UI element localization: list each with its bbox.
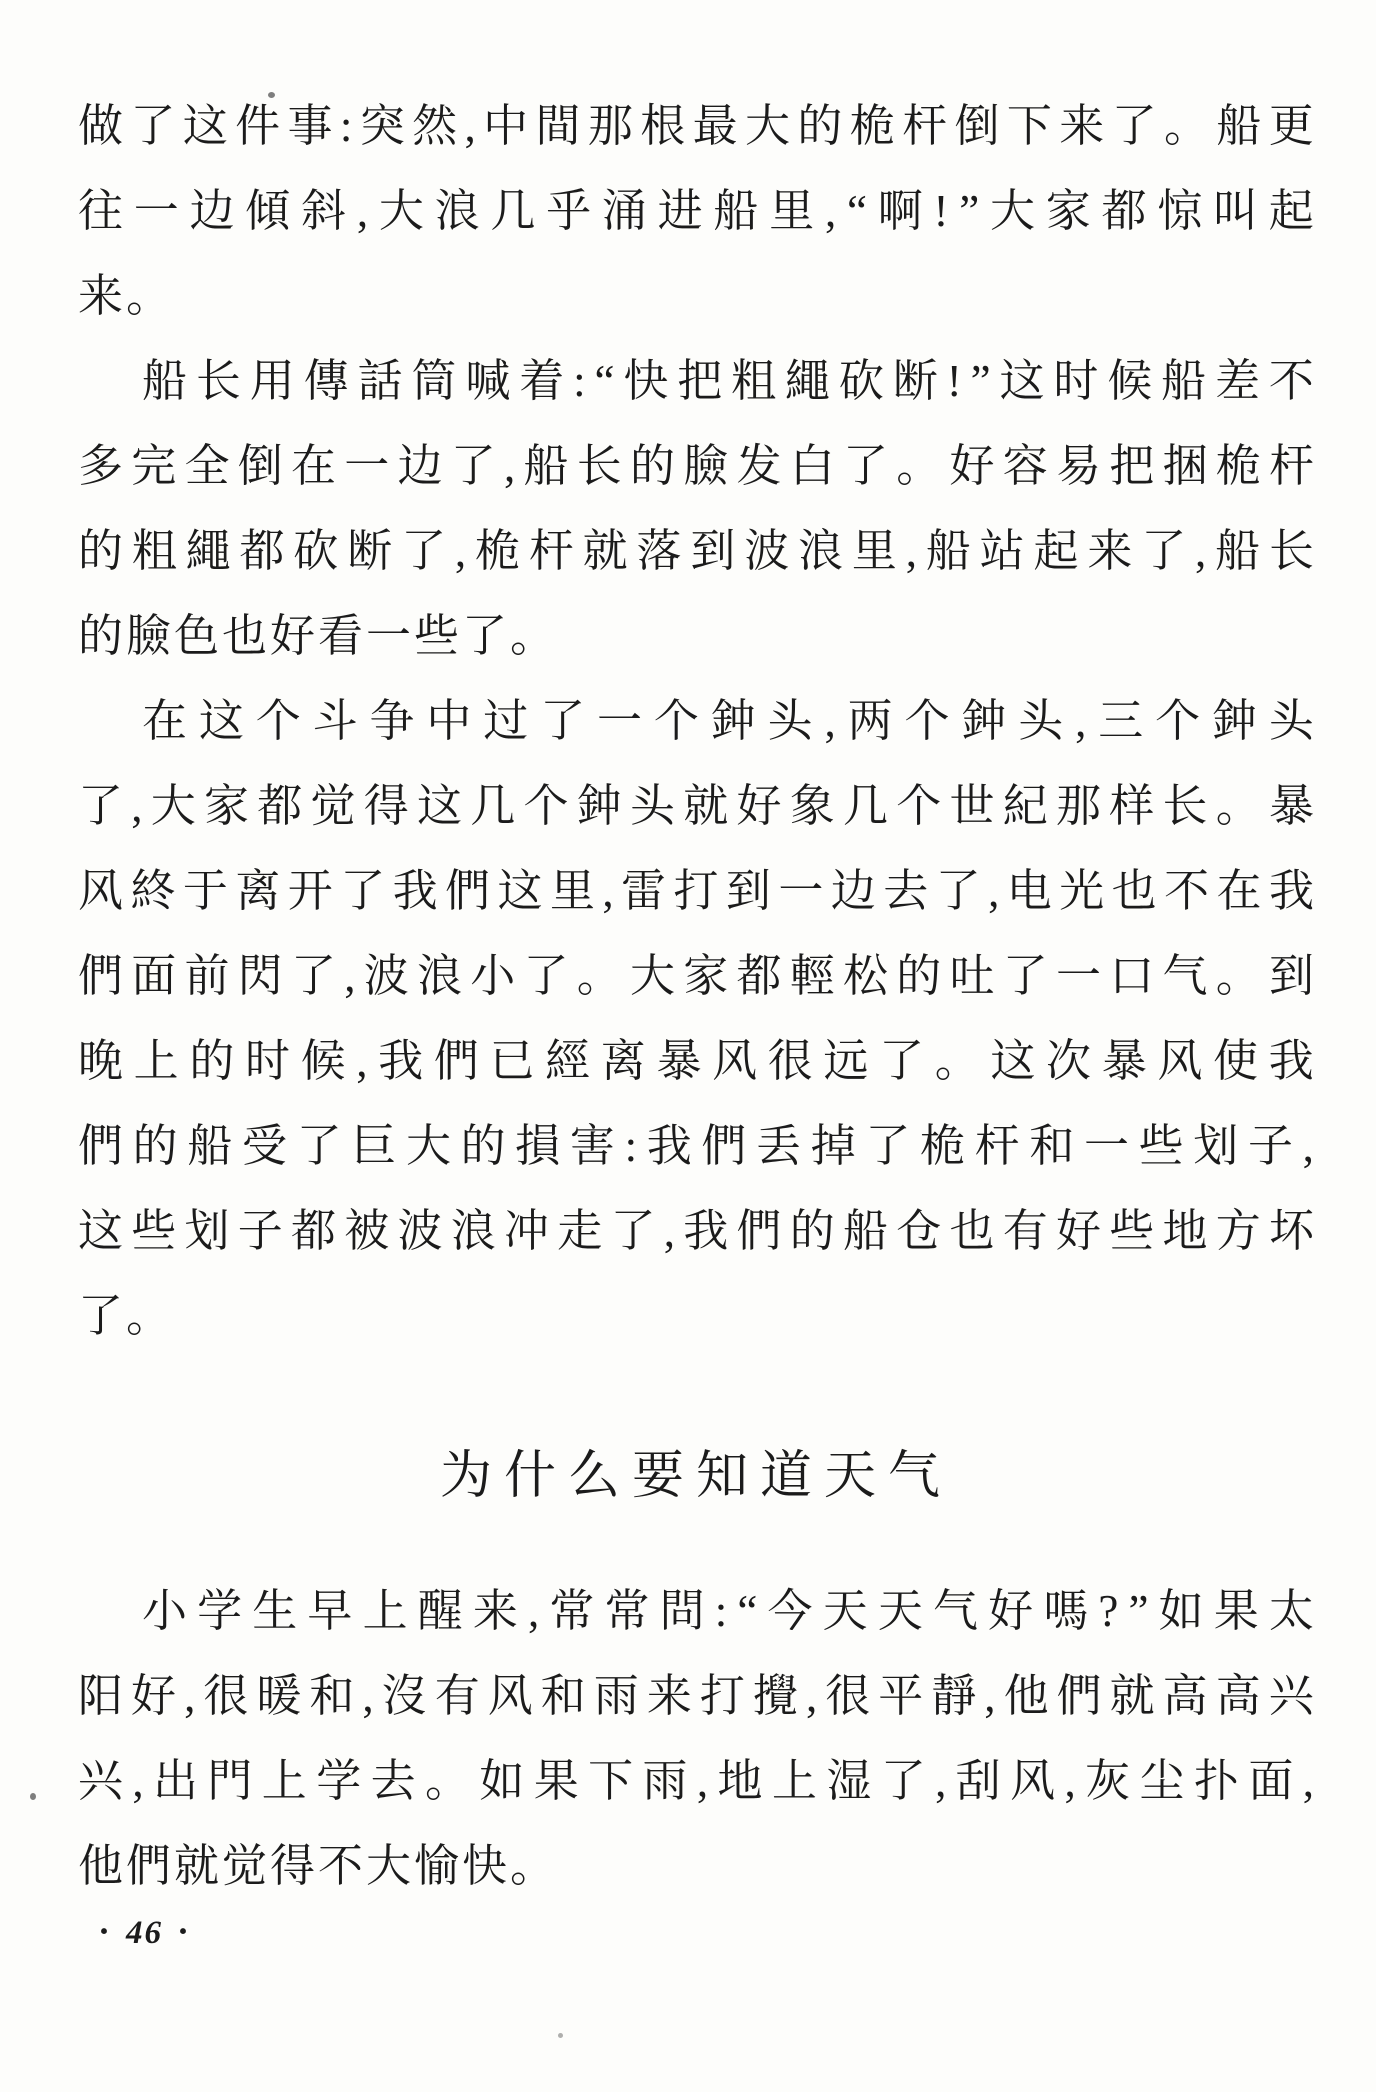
text-line: 的粗繩都砍断了,桅杆就落到波浪里,船站起来了,船长 [78, 509, 1314, 594]
text-line: 在这个斗争中过了一个鈡头,两个鈡头,三个鈡头 [78, 679, 1314, 764]
scan-speckle [30, 1793, 36, 1800]
text-line: 小学生早上醒来,常常問:“今天天气好嗎?”如果太 [78, 1569, 1314, 1654]
text-column: 做了这件事:突然,中間那根最大的桅杆倒下来了。船更往一边傾斜,大浪几乎涌进船里,… [78, 84, 1314, 1909]
page-number: ·46· [84, 1906, 205, 1956]
scan-speckle [268, 92, 275, 98]
page-number-right-dot: · [163, 1911, 205, 1951]
paragraph-4: 小学生早上醒来,常常問:“今天天气好嗎?”如果太阳好,很暖和,沒有风和雨来打攪,… [78, 1569, 1314, 1909]
text-line: 来。 [78, 254, 1314, 339]
text-line: 晚上的时候,我們已經离暴风很远了。这次暴风使我 [78, 1019, 1314, 1104]
paragraph-1: 做了这件事:突然,中間那根最大的桅杆倒下来了。船更往一边傾斜,大浪几乎涌进船里,… [78, 84, 1314, 339]
text-line: 的臉色也好看一些了。 [78, 594, 1314, 679]
text-line: 风終于离开了我們这里,雷打到一边去了,电光也不在我 [78, 849, 1314, 934]
text-line: 了。 [78, 1274, 1314, 1359]
page-number-left-dot: · [84, 1911, 126, 1951]
text-line: 他們就觉得不大愉快。 [78, 1824, 1314, 1909]
scan-speckle [558, 2033, 563, 2038]
book-page: 做了这件事:突然,中間那根最大的桅杆倒下来了。船更往一边傾斜,大浪几乎涌进船里,… [0, 0, 1376, 2092]
text-line: 們面前閃了,波浪小了。大家都輕松的吐了一口气。到 [78, 934, 1314, 1019]
text-line: 兴,出門上学去。如果下雨,地上湿了,刮风,灰尘扑面, [78, 1739, 1314, 1824]
paragraph-3: 在这个斗争中过了一个鈡头,两个鈡头,三个鈡头了,大家都觉得这几个鈡头就好象几个世… [78, 679, 1314, 1359]
text-line: 这些划子都被波浪冲走了,我們的船仓也有好些地方坏 [78, 1189, 1314, 1274]
page-number-value: 46 [126, 1915, 163, 1951]
text-line: 多完全倒在一边了,船长的臉发白了。好容易把捆桅杆 [78, 424, 1314, 509]
section-heading: 为什么要知道天气 [78, 1429, 1314, 1525]
text-line: 往一边傾斜,大浪几乎涌进船里,“啊!”大家都惊叫起 [78, 169, 1314, 254]
paragraph-2: 船长用傳話筒喊着:“快把粗繩砍断!”这时候船差不多完全倒在一边了,船长的臉发白了… [78, 339, 1314, 679]
text-line: 做了这件事:突然,中間那根最大的桅杆倒下来了。船更 [78, 84, 1314, 169]
text-line: 們的船受了巨大的損害:我們丢掉了桅杆和一些划子, [78, 1104, 1314, 1189]
text-line: 阳好,很暖和,沒有风和雨来打攪,很平靜,他們就高高兴 [78, 1654, 1314, 1739]
text-line: 船长用傳話筒喊着:“快把粗繩砍断!”这时候船差不 [78, 339, 1314, 424]
text-line: 了,大家都觉得这几个鈡头就好象几个世紀那样长。暴 [78, 764, 1314, 849]
